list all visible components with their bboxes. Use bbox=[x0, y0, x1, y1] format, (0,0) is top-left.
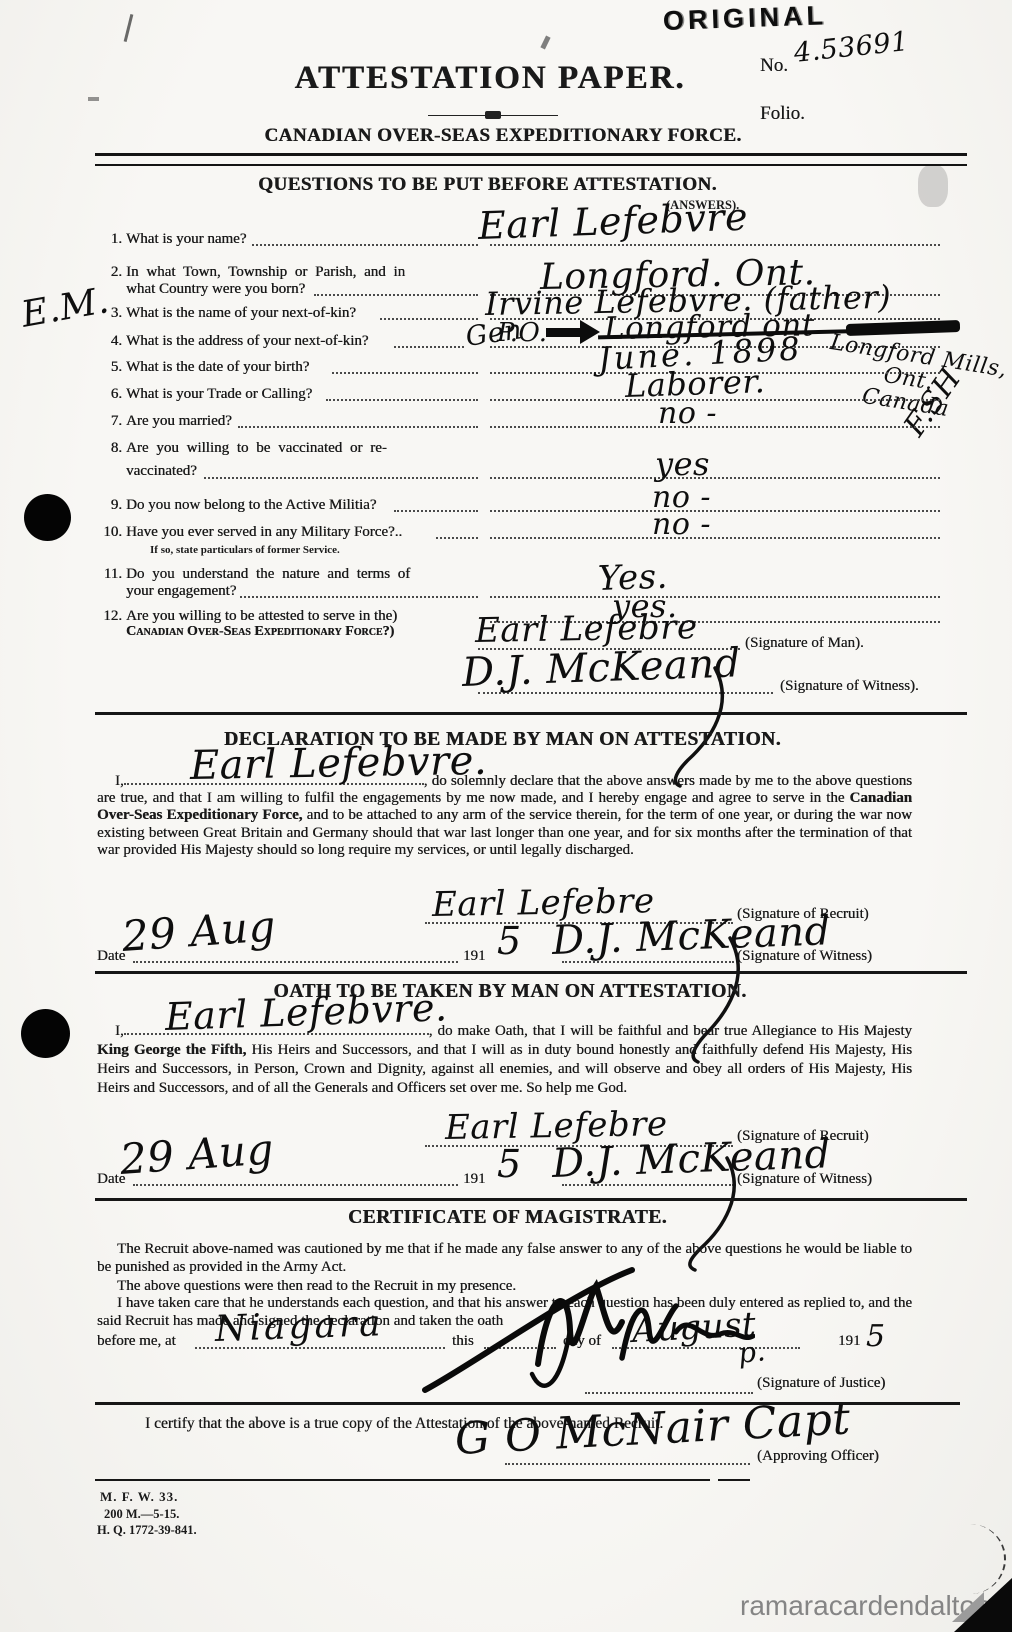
question-text: Are you married? bbox=[126, 413, 232, 430]
man-signature-label: (Signature of Man). bbox=[745, 635, 864, 652]
folio-label: Folio. bbox=[760, 103, 805, 125]
question-text: what Country were you born? bbox=[126, 281, 305, 298]
question-note: If so, state particulars of former Servi… bbox=[150, 544, 340, 556]
declaration-name-handwritten: Earl Lefebvre. bbox=[190, 741, 488, 786]
question-number: 2. bbox=[96, 264, 122, 281]
question-text: Are you willing to be vaccinated or re- bbox=[126, 440, 387, 457]
question-number: 11. bbox=[96, 566, 122, 583]
ink-speck bbox=[124, 14, 134, 42]
question-text: Do you understand the nature and terms o… bbox=[126, 566, 410, 583]
date-line bbox=[133, 961, 458, 963]
date-handwritten: 29 Aug bbox=[119, 1128, 276, 1181]
original-stamp: ORIGINAL bbox=[663, 2, 828, 35]
dog-ear-corner bbox=[954, 1578, 1012, 1632]
date-line bbox=[133, 1184, 458, 1186]
question-number: 6. bbox=[96, 386, 122, 403]
year-handwritten: 5 bbox=[497, 1145, 522, 1183]
form-code-3: H. Q. 1772-39-841. bbox=[97, 1523, 197, 1538]
footer-rule bbox=[95, 1479, 710, 1481]
leader-dots bbox=[380, 318, 478, 320]
date-handwritten: 29 Aug bbox=[121, 905, 278, 958]
answer-line bbox=[490, 537, 940, 539]
answer-line bbox=[490, 596, 940, 598]
year-printed: 191 bbox=[463, 1171, 486, 1188]
question-number: 9. bbox=[96, 497, 122, 514]
questions-heading: QUESTIONS TO BE PUT BEFORE ATTESTATION. bbox=[230, 174, 745, 196]
justice-signature-flourish bbox=[420, 1262, 755, 1397]
justice-signature-label: (Signature of Justice) bbox=[757, 1375, 885, 1392]
question-number: 3. bbox=[96, 305, 122, 322]
question-text: Canadian Over-Seas Expeditionary Force?) bbox=[126, 624, 394, 640]
answer-line bbox=[490, 477, 940, 479]
leader-dots bbox=[436, 537, 478, 539]
magistrate-heading: CERTIFICATE OF MAGISTRATE. bbox=[320, 1207, 695, 1229]
section-rule bbox=[95, 712, 967, 715]
leader-dots bbox=[332, 372, 478, 374]
question-number: 4. bbox=[96, 333, 122, 350]
question-number: 1. bbox=[96, 231, 122, 248]
question-text: What is your Trade or Calling? bbox=[126, 386, 312, 403]
question-number: 5. bbox=[96, 359, 122, 376]
header-double-rule bbox=[95, 153, 967, 166]
approving-officer-label: (Approving Officer) bbox=[757, 1448, 879, 1465]
year-printed: 191 bbox=[463, 948, 486, 965]
answer-line bbox=[490, 510, 940, 512]
question-text: Have you ever served in any Military For… bbox=[126, 524, 402, 541]
question-number: 8. bbox=[96, 440, 122, 457]
number-handwritten: 4.53691 bbox=[793, 28, 910, 67]
form-code-1: M. F. W. 33. bbox=[100, 1489, 178, 1505]
question-number: 7. bbox=[96, 413, 122, 430]
ink-smudge bbox=[918, 165, 948, 207]
punch-hole-bottom bbox=[21, 1009, 70, 1058]
oath-name-handwritten: Earl Lefebvre. bbox=[164, 988, 448, 1036]
declaration-intro: I, bbox=[115, 773, 124, 789]
question-number: 12. bbox=[96, 608, 122, 625]
answer-handwritten: yes bbox=[655, 448, 710, 480]
justice-signature-line bbox=[585, 1392, 753, 1394]
section-rule bbox=[95, 971, 967, 974]
place-handwritten: Niagara bbox=[214, 1306, 384, 1348]
question-number: 10. bbox=[96, 524, 122, 541]
title-flourish-diamond bbox=[485, 111, 501, 119]
ink-speck bbox=[88, 97, 99, 101]
question-text: What is the date of your birth? bbox=[126, 359, 309, 376]
ink-speck bbox=[540, 36, 550, 50]
footer-rule-dash bbox=[718, 1479, 750, 1481]
oath-intro: I, bbox=[115, 1023, 124, 1039]
question-text: What is the address of your next-of-kin? bbox=[126, 333, 368, 350]
question-text: vaccinated? bbox=[126, 463, 197, 480]
oath-text-bold: King George the Fifth, bbox=[97, 1042, 246, 1058]
question-text: your engagement? bbox=[126, 583, 236, 600]
section-rule bbox=[95, 1198, 967, 1201]
oath-text: , do make Oath, that I will be faithful … bbox=[429, 1023, 912, 1039]
question-text: In what Town, Township or Parish, and in bbox=[126, 264, 405, 281]
leader-dots bbox=[394, 346, 464, 348]
attestation-paper-page: ORIGINAL ATTESTATION PAPER. No. 4.53691 … bbox=[0, 0, 1012, 1632]
page-title: ATTESTATION PAPER. bbox=[280, 60, 700, 97]
leader-dots bbox=[326, 399, 478, 401]
approving-officer-line bbox=[505, 1463, 750, 1465]
leader-dots bbox=[238, 426, 478, 428]
arrow-icon bbox=[546, 328, 584, 337]
leader-dots bbox=[204, 477, 478, 479]
form-code-2: 200 M.—5-15. bbox=[104, 1507, 179, 1522]
leader-dots bbox=[314, 294, 478, 296]
question-text: What is the name of your next-of-kin? bbox=[126, 305, 356, 322]
justice-flourish-mark: p. bbox=[737, 1337, 768, 1368]
leader-dots bbox=[252, 244, 478, 246]
year-handwritten: 5 bbox=[866, 1322, 886, 1352]
date-label: Date bbox=[97, 948, 125, 965]
year-handwritten: 5 bbox=[497, 922, 522, 960]
answer-handwritten: no - bbox=[658, 399, 717, 429]
scribble-block bbox=[846, 320, 960, 336]
answer-handwritten: Earl Lefebvre bbox=[477, 198, 748, 245]
question-text: What is your name? bbox=[126, 231, 246, 248]
number-label: No. bbox=[760, 55, 788, 77]
before-me-label: before me, at bbox=[97, 1333, 176, 1350]
witness-signature-label: (Signature of Witness). bbox=[780, 678, 919, 695]
leader-dots bbox=[240, 596, 478, 598]
question-text: Do you now belong to the Active Militia? bbox=[126, 497, 376, 514]
year-printed: 191 bbox=[838, 1333, 861, 1350]
answer-handwritten: no - bbox=[652, 510, 711, 540]
punch-hole-top bbox=[24, 494, 71, 541]
question-text: Are you willing to be attested to serve … bbox=[126, 608, 397, 625]
answer-po-handwritten: P.O. bbox=[497, 320, 548, 346]
leader-dots bbox=[394, 510, 478, 512]
page-subtitle: CANADIAN OVER-SEAS EXPEDITIONARY FORCE. bbox=[228, 125, 778, 147]
